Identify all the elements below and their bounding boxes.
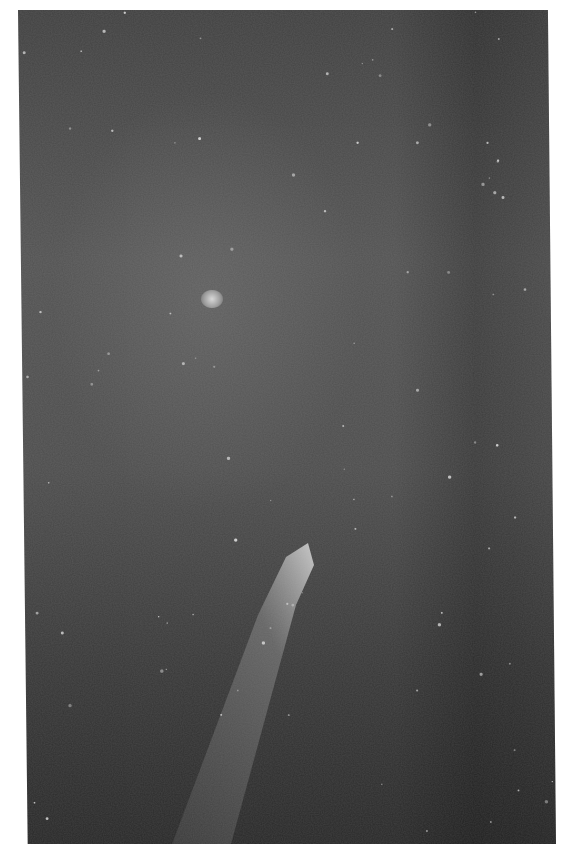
bright-blob [201,290,223,308]
scanned-photograph [18,10,556,844]
light-diagonal-streak [158,535,318,855]
